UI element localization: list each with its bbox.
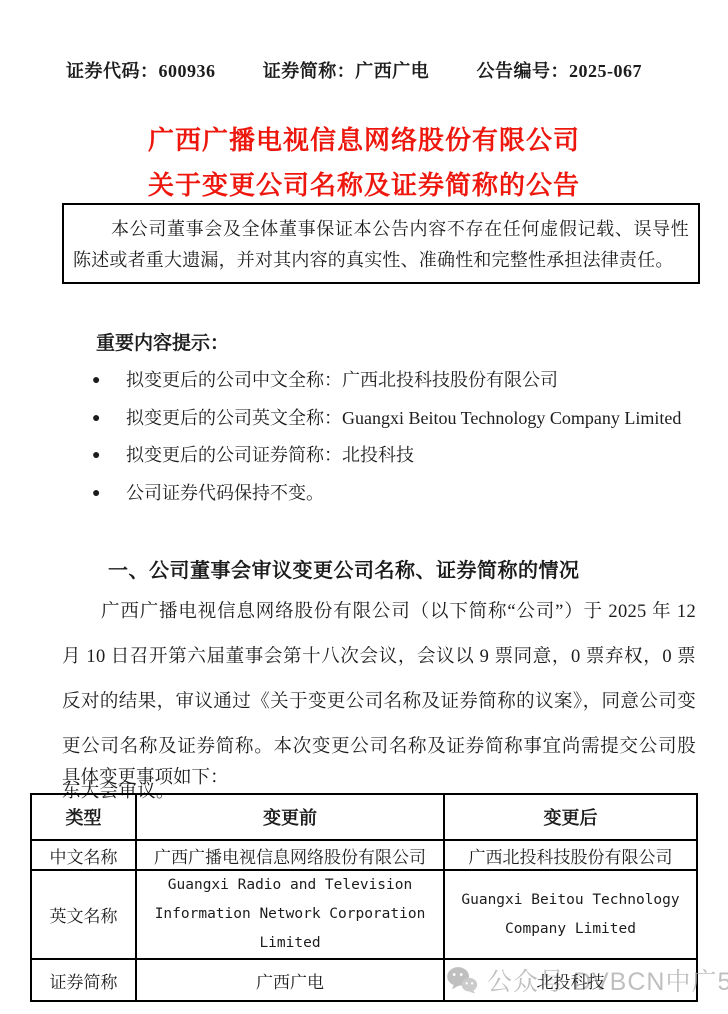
cell-after: Guangxi Beitou Technology Company Limite… [444,870,697,959]
document-title-line1: 广西广播电视信息网络股份有限公司 [0,120,728,157]
stock-code: 证券代码：600936 [66,59,216,83]
bullet-text: 拟变更后的公司英文全称：Guangxi Beitou Technology Co… [126,408,681,428]
notice-bullet: 拟变更后的公司证券简称：北投科技 [92,437,702,475]
cell-after-text: 北投科技 [537,973,605,992]
securities-info-line: 证券代码：600936 证券简称：广西广电 公告编号：2025-067 [66,59,642,83]
notice-bullet-list: 拟变更后的公司中文全称：广西北投科技股份有限公司 拟变更后的公司英文全称：Gua… [92,362,702,512]
cell-before: 广西广播电视信息网络股份有限公司 [136,840,444,870]
cell-before: Guangxi Radio and Television Information… [136,870,444,959]
header-cell-type: 类型 [31,794,136,840]
table-row: 英文名称 Guangxi Radio and Television Inform… [31,870,697,959]
bullet-text: 拟变更后的公司中文全称：广西北投科技股份有限公司 [126,370,558,390]
announcement-number: 公告编号：2025-067 [477,59,643,83]
table-row: 中文名称 广西广播电视信息网络股份有限公司 广西北投科技股份有限公司 [31,840,697,870]
bullet-text: 公司证券代码保持不变。 [126,483,324,503]
cell-after: 广西北投科技股份有限公司 [444,840,697,870]
change-details-table: 类型 变更前 变更后 中文名称 广西广播电视信息网络股份有限公司 广西北投科技股… [30,793,698,1002]
cell-before: 广西广电 [136,959,444,1001]
header-cell-before: 变更前 [136,794,444,840]
notice-bullet: 公司证券代码保持不变。 [92,475,702,513]
notice-bullet: 拟变更后的公司英文全称：Guangxi Beitou Technology Co… [92,400,702,438]
bullet-dot-icon [92,400,100,438]
bullet-dot-icon [92,362,100,400]
stock-abbreviation: 证券简称：广西广电 [263,59,430,83]
cell-after: 北投科技 [444,959,697,1001]
important-notice-heading: 重要内容提示： [96,328,229,355]
cell-type: 英文名称 [31,870,136,959]
bullet-dot-icon [92,437,100,475]
announcement-document: 证券代码：600936 证券简称：广西广电 公告编号：2025-067 广西广播… [0,0,728,1014]
section-1-paragraph-2: 具体变更事项如下： [62,763,696,793]
header-cell-after: 变更后 [444,794,697,840]
disclaimer-text: 本公司董事会及全体董事保证本公告内容不存在任何虚假记载、误导性陈述或者重大遗漏，… [73,219,689,270]
disclaimer-box: 本公司董事会及全体董事保证本公告内容不存在任何虚假记载、误导性陈述或者重大遗漏，… [62,203,700,284]
bullet-text: 拟变更后的公司证券简称：北投科技 [126,445,414,465]
table-header-row: 类型 变更前 变更后 [31,794,697,840]
cell-type: 证券简称 [31,959,136,1001]
document-title-line2: 关于变更公司名称及证券简称的公告 [0,165,728,202]
table-row: 证券简称 广西广电 北投科技 [31,959,697,1001]
notice-bullet: 拟变更后的公司中文全称：广西北投科技股份有限公司 [92,362,702,400]
section-1-heading: 一、公司董事会审议变更公司名称、证券简称的情况 [108,554,580,583]
bullet-dot-icon [92,475,100,513]
cell-type: 中文名称 [31,840,136,870]
